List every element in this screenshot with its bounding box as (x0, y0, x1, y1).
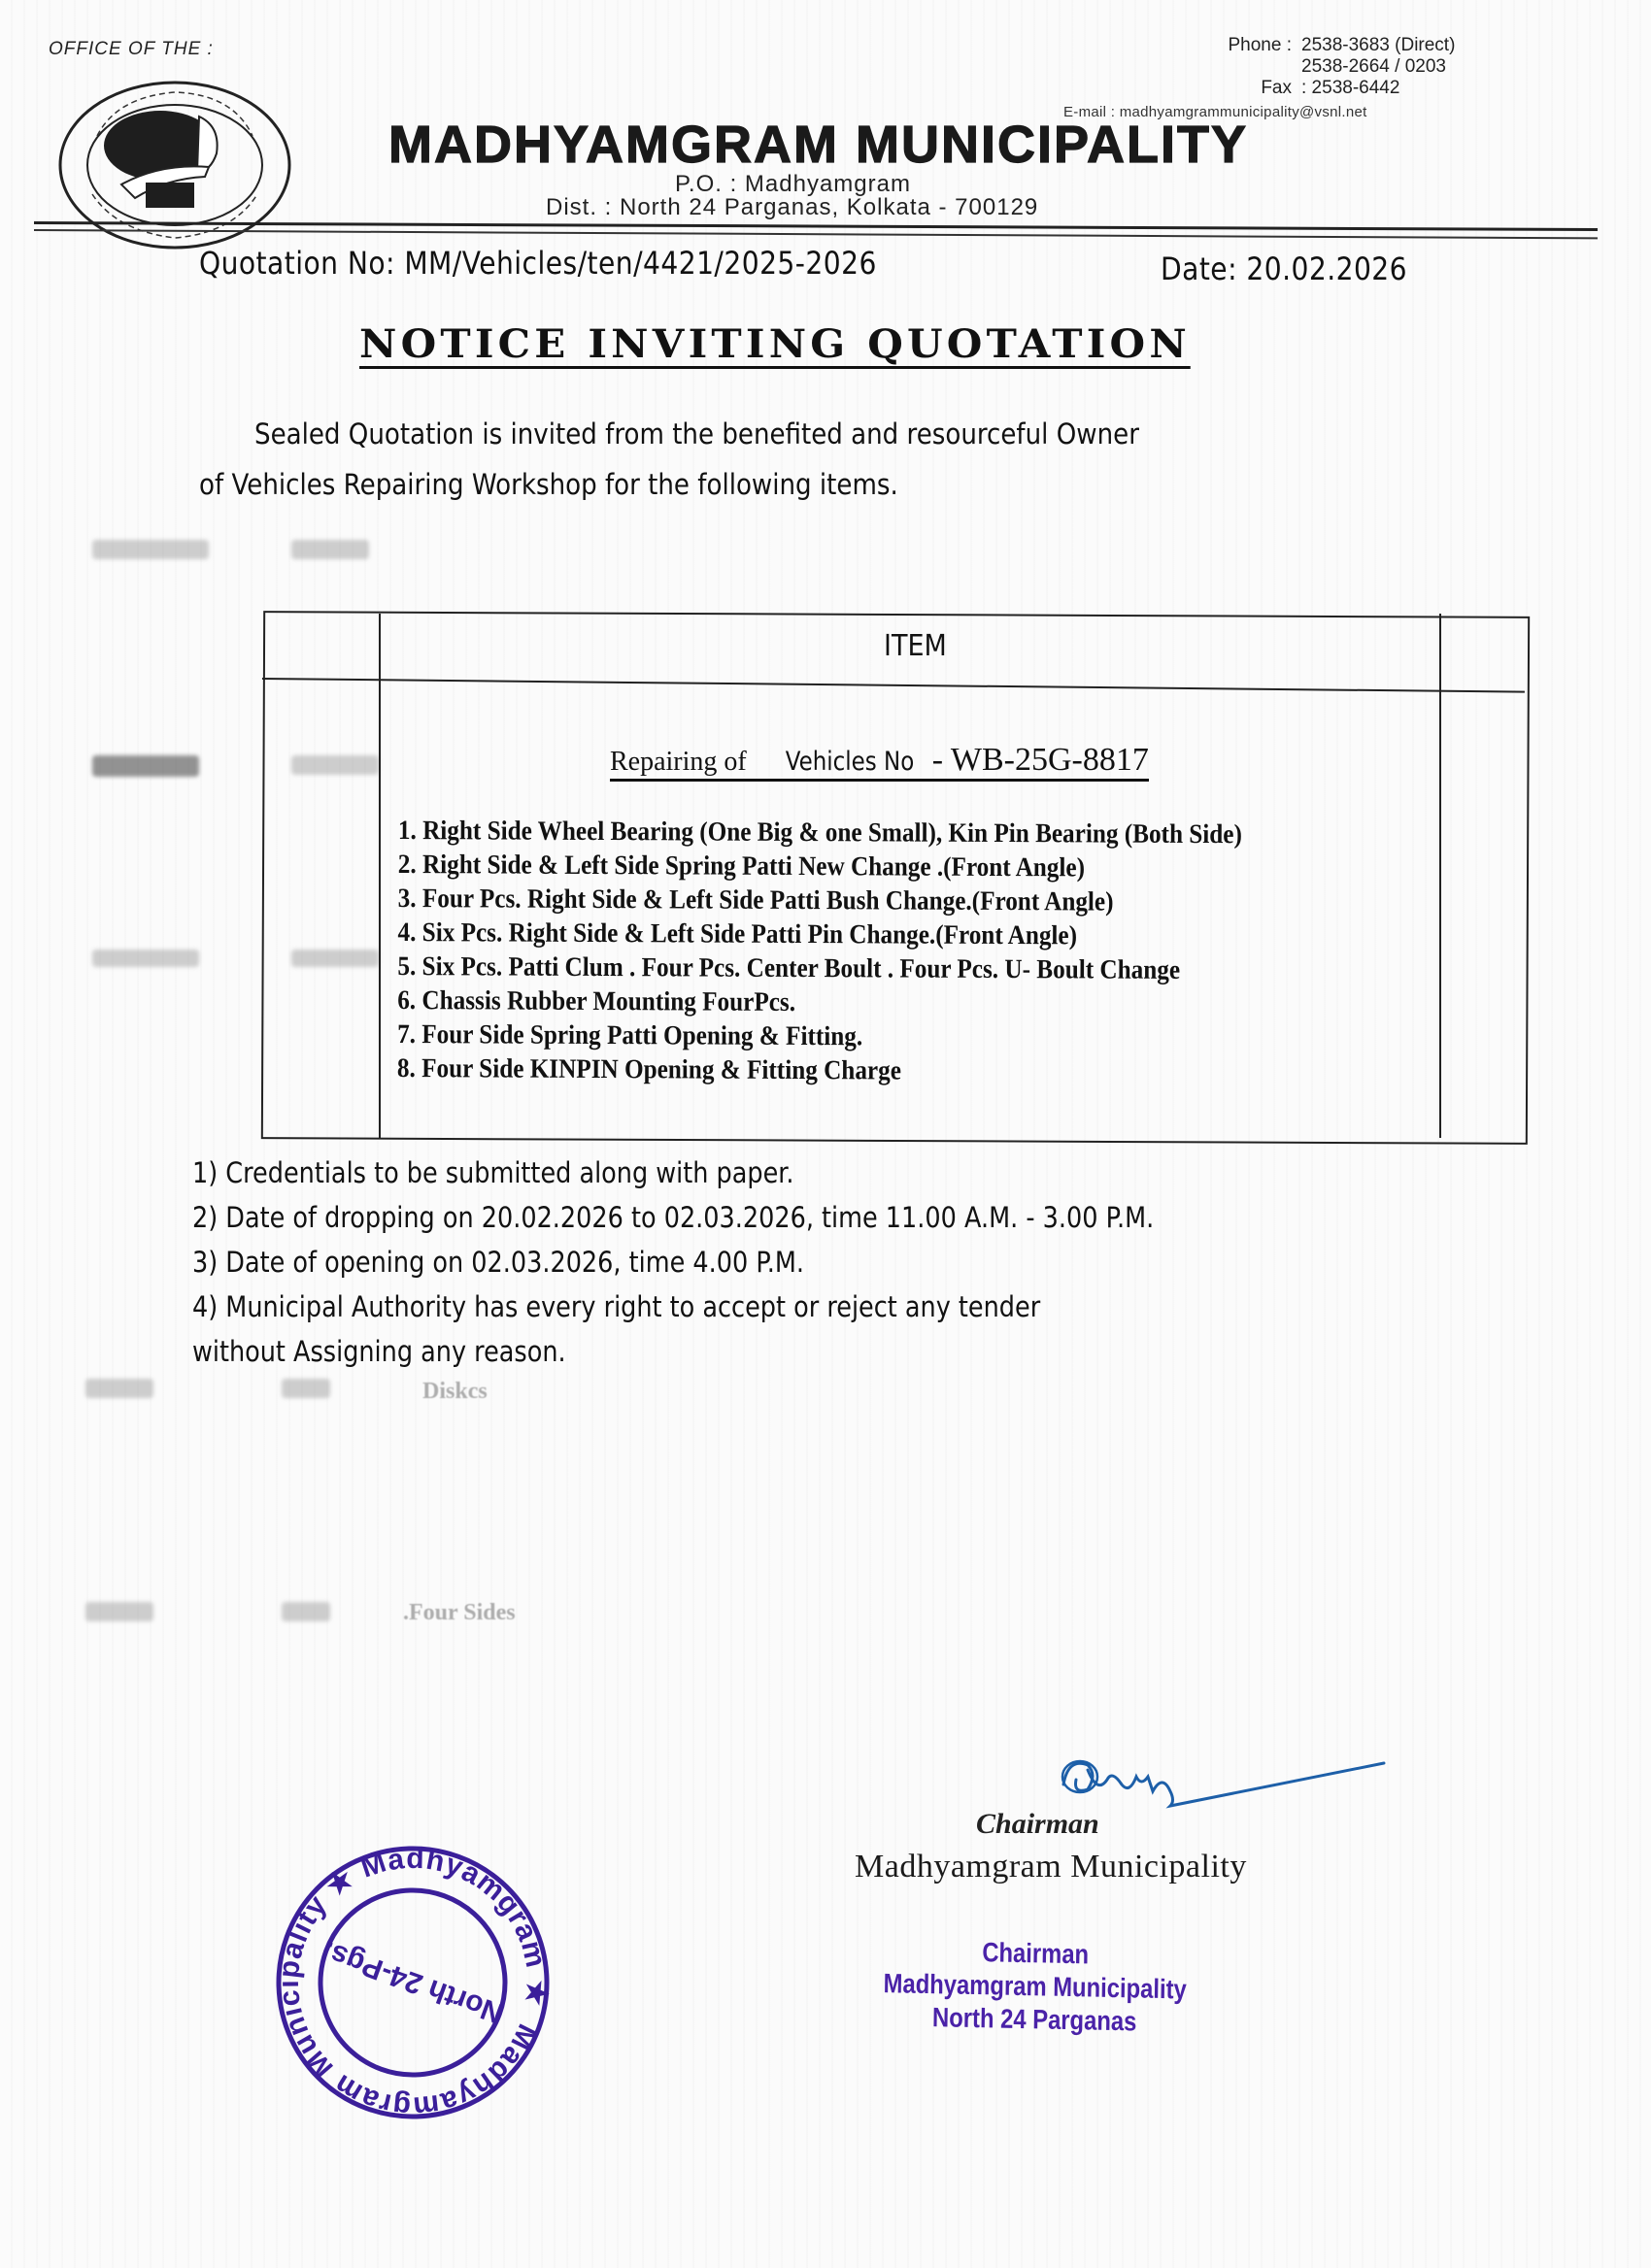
scan-artifact (291, 540, 369, 559)
quotation-date: Date: 20.02.2026 (1161, 250, 1407, 287)
phone-secondary: 2538-2664 / 0203 (1301, 56, 1446, 78)
list-item: 4. Six Pcs. Right Side & Left Side Patti… (397, 916, 1241, 953)
fax-number: : 2538-6442 (1301, 78, 1399, 99)
vehicle-prefix: Repairing of (610, 747, 747, 777)
list-item: 7. Four Side Spring Patti Opening & Fitt… (397, 1017, 1241, 1055)
signature-icon (1059, 1755, 1389, 1833)
seal-inner-text: North 24-Pgs. (319, 1935, 508, 2030)
district-address: Dist. : North 24 Parganas, Kolkata - 700… (546, 194, 1038, 221)
contact-block: Phone :2538-3683 (Direct) 2538-2664 / 02… (1195, 35, 1455, 99)
condition-1: 1) Credentials to be submitted along wit… (192, 1151, 1154, 1195)
table-column-divider (1439, 614, 1441, 1138)
stamp-line-2: Madhyamgram Municipality (878, 1967, 1192, 2007)
vehicle-label: Vehicles No (785, 746, 914, 779)
scanned-document-page: OFFICE OF THE : Phone :2538-3683 (Direct… (0, 0, 1651, 2268)
intro-line-2: of Vehicles Repairing Workshop for the f… (199, 468, 898, 501)
signatory-organization: Madhyamgram Municipality (855, 1849, 1247, 1885)
list-item: 8. Four Side KINPIN Opening & Fitting Ch… (397, 1051, 1241, 1089)
intro-line-1: Sealed Quotation is invited from the ben… (254, 417, 1139, 450)
stamp-line-3: North 24 Parganas (877, 2000, 1191, 2040)
faded-text: .Four Sides (403, 1600, 516, 1626)
condition-3: 3) Date of opening on 02.03.2026, time 4… (192, 1240, 1154, 1284)
scan-artifact (85, 1602, 153, 1621)
list-item: 3. Four Pcs. Right Side & Left Side Patt… (398, 882, 1242, 919)
list-item: 5. Six Pcs. Patti Clum . Four Pcs. Cente… (397, 950, 1241, 987)
table-header-item: ITEM (884, 629, 947, 663)
quotation-number: Quotation No: MM/Vehicles/ten/4421/2025-… (199, 245, 877, 282)
municipal-seal-icon: Madhyamgram Municipality ★ Madhyamgram ★… (267, 1837, 558, 2128)
phone-direct: 2538-3683 (Direct) (1301, 35, 1455, 56)
scan-artifact (282, 1379, 330, 1398)
repair-items-list: 1. Right Side Wheel Bearing (One Big & o… (397, 814, 1242, 1089)
terms-conditions: 1) Credentials to be submitted along wit… (192, 1151, 1154, 1374)
fax-label: Fax (1195, 78, 1301, 99)
scan-artifact (92, 755, 199, 777)
faded-text: Diskcs (422, 1379, 488, 1405)
condition-4-continued: without Assigning any reason. (192, 1329, 1154, 1374)
scan-artifact (92, 540, 209, 559)
list-item: 2. Right Side & Left Side Spring Patti N… (398, 848, 1242, 885)
municipality-emblem-icon (53, 78, 296, 252)
scan-artifact (92, 950, 199, 967)
table-column-divider (379, 614, 381, 1138)
scan-artifact (282, 1602, 330, 1621)
signatory-title: Chairman (976, 1808, 1099, 1841)
vehicle-heading: Repairing of Vehicles No - WB-25G-8817 (610, 744, 1149, 782)
office-of-label: OFFICE OF THE : (49, 39, 214, 60)
vehicle-number: - WB-25G-8817 (932, 742, 1149, 778)
condition-2: 2) Date of dropping on 20.02.2026 to 02.… (192, 1195, 1154, 1240)
condition-4: 4) Municipal Authority has every right t… (192, 1284, 1154, 1329)
list-item: 6. Chassis Rubber Mounting FourPcs. (397, 984, 1241, 1021)
scan-artifact (85, 1379, 153, 1398)
chairman-rubber-stamp: Chairman Madhyamgram Municipality North … (877, 1934, 1192, 2040)
phone-label: Phone : (1195, 35, 1301, 56)
notice-title: NOTICE INVITING QUOTATION (359, 323, 1191, 369)
list-item: 1. Right Side Wheel Bearing (One Big & o… (398, 814, 1242, 851)
organization-name: MADHYAMGRAM MUNICIPALITY (388, 115, 1248, 175)
